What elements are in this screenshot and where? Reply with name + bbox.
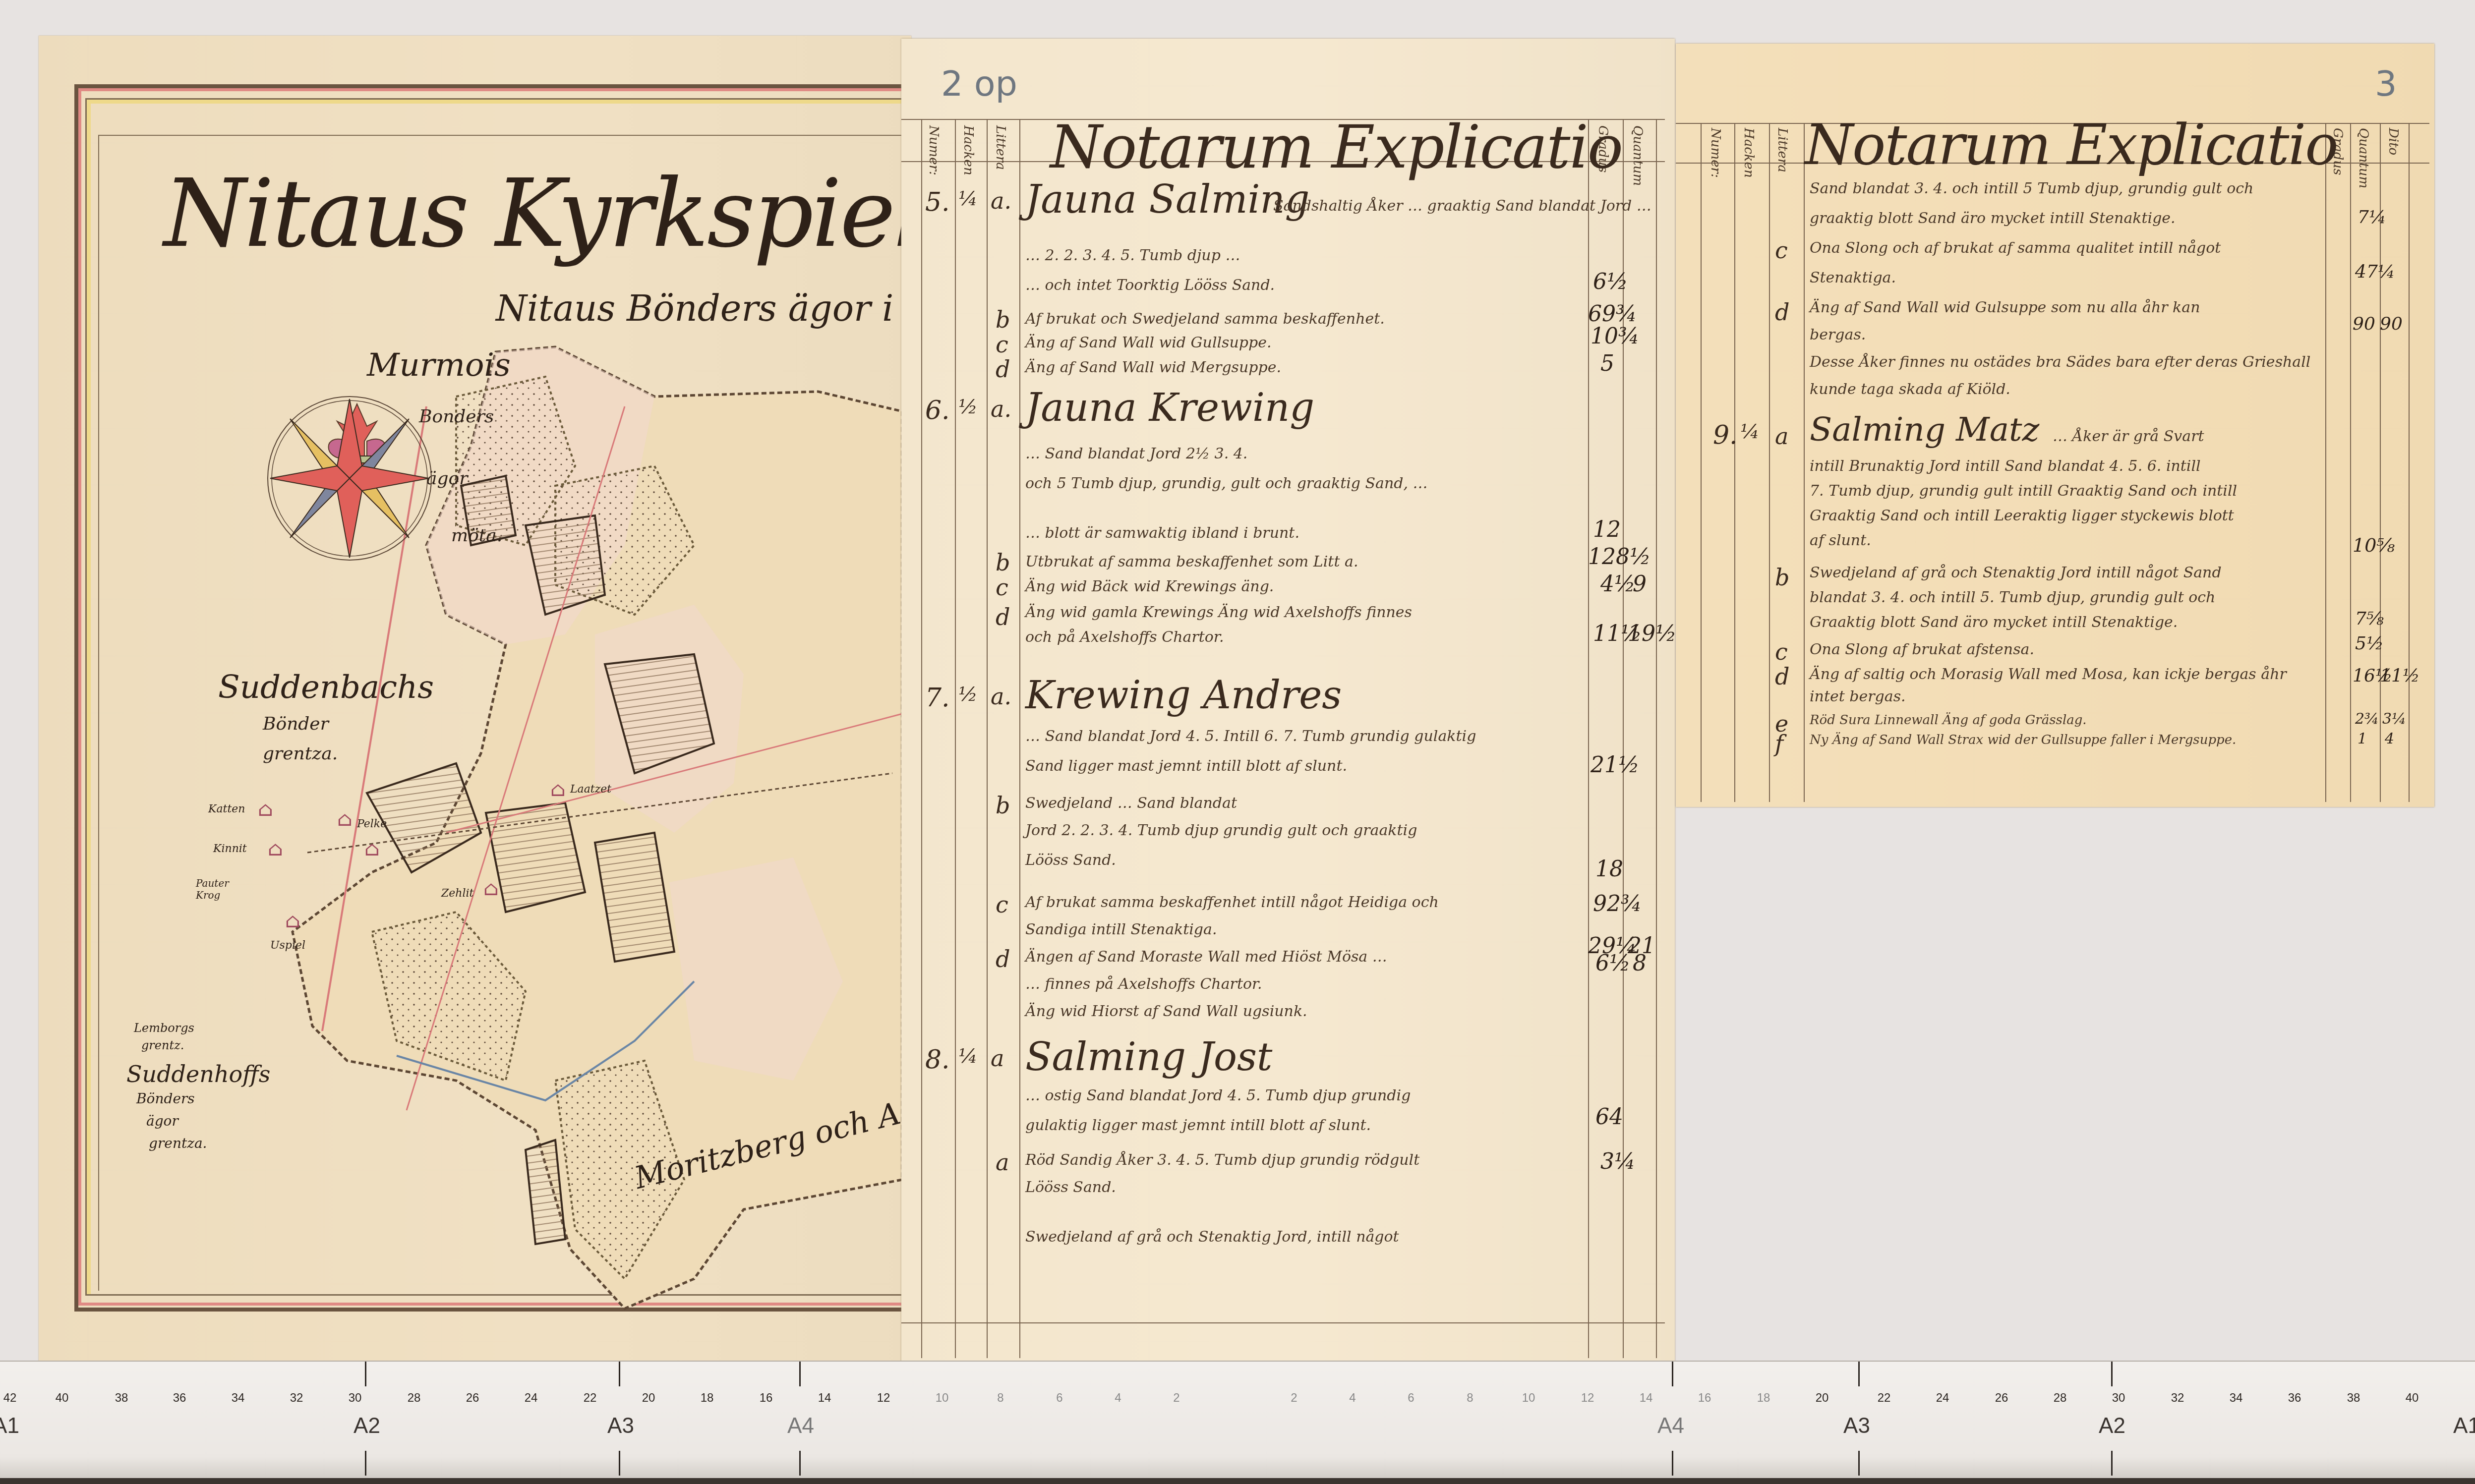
entry-text: Lööss Sand.	[1025, 1179, 1116, 1196]
amount-dito: 19½	[1628, 621, 1677, 646]
page-pencil-mark: 2 op	[941, 63, 1017, 104]
entry-letter: d	[1775, 663, 1789, 690]
entry-text: Swedjeland … Sand blandat	[1025, 795, 1237, 812]
ruler-number: 22	[1878, 1391, 1891, 1405]
column-rule	[955, 119, 956, 1358]
entry-text: 7. Tumb djup, grundig gult intill Graakt…	[1810, 482, 2237, 500]
compass-rose-icon	[265, 394, 434, 563]
amount-quantum: 3¼	[1600, 1149, 1636, 1174]
amount-quantum: 12	[1593, 517, 1621, 542]
ruler-tick	[1672, 1451, 1673, 1476]
ruler-tick	[365, 1451, 366, 1476]
entry-letter: c	[1775, 237, 1788, 264]
entry-text: … finnes på Axelshoffs Chartor.	[1025, 975, 1262, 993]
entry-text: Swedjeland af grå och Stenaktig Jord, in…	[1025, 1228, 1399, 1246]
ledger-title: Notarum Explicatio	[1050, 113, 1622, 182]
amount-dito: 90	[2380, 314, 2403, 334]
column-rule	[1656, 119, 1657, 1358]
amount-dito: 8	[1633, 951, 1647, 976]
entry-letter: d	[996, 356, 1010, 383]
entry-text: Utbrukat af samma beskaffenhet som Litt …	[1025, 553, 1358, 571]
ruler-number: 20	[1816, 1391, 1829, 1405]
map-subtitle: Nitaus Bönders ägor i	[496, 287, 893, 329]
ruler-size-mark: A2	[2099, 1414, 2125, 1438]
entry-text: Ny Äng af Sand Wall Strax wid der Gullsu…	[1810, 733, 2236, 747]
entry-text: Sandiga intill Stenaktiga.	[1025, 921, 1217, 938]
entry-letter: b	[996, 549, 1010, 576]
ruler-number: 40	[56, 1391, 69, 1405]
ruler-number: 18	[701, 1391, 714, 1405]
entry-text: Äng af Sand Wall wid Gulsuppe som nu all…	[1810, 299, 2200, 316]
entry-text: Äng wid Bäck wid Krewings äng.	[1025, 578, 1274, 595]
ledger-title: Notarum Explicatio	[1805, 113, 2338, 177]
map-label-uspiel: Uspiel	[270, 939, 305, 952]
ruler-number: 34	[2230, 1391, 2243, 1405]
farmhouse-icon: ⌂	[285, 910, 300, 932]
entry-text: Ona Slong och af brukat af samma qualite…	[1810, 239, 2221, 257]
ruler-number: 4	[1349, 1391, 1355, 1405]
column-rule	[1019, 119, 1020, 1358]
ruler-number: 30	[349, 1391, 362, 1405]
entry-text: Stenaktiga.	[1810, 269, 1896, 286]
col-header-numer: Numer:	[1708, 128, 1723, 178]
amount-quantum: 128½	[1588, 544, 1651, 570]
map-label-suddenbachs-bonder: Bönder	[263, 714, 329, 734]
map-label-suddenbachs: Suddenbachs	[218, 669, 434, 706]
amount-quantum: 2¾	[2355, 710, 2379, 728]
entry-text: … Åker är grå Svart	[2053, 428, 2204, 445]
amount-quantum: 6½	[1595, 951, 1631, 976]
entry-text: Sand ligger mast jemnt intill blott af s…	[1025, 757, 1347, 775]
map-label-pelke: Pelke	[357, 818, 387, 830]
ruler-number: 34	[232, 1391, 245, 1405]
entry-letter: b	[996, 792, 1010, 819]
entry-heading: Krewing Andres	[1025, 673, 1342, 718]
entry-text: Swedjeland af grå och Stenaktig Jord int…	[1810, 564, 2222, 581]
ruler-size-mark: A3	[1843, 1414, 1870, 1438]
farmhouse-icon: ⌂	[483, 877, 499, 900]
amount-quantum: 10¾	[1591, 324, 1640, 349]
ruler-number: 16	[760, 1391, 773, 1405]
amount-quantum: 5½	[2355, 633, 2384, 654]
entry-text: Ona Slong af brukat afstensa.	[1810, 641, 2034, 658]
column-rule	[1701, 123, 1702, 802]
ruler-number: 14	[818, 1391, 831, 1405]
entry-text: Äng af saltig och Morasig Wall med Mosa,…	[1810, 666, 2287, 683]
ruler-number: 10	[936, 1391, 949, 1405]
map-label-zehlit: Zehlit	[441, 887, 473, 900]
entry-number: 5.	[925, 187, 950, 217]
ruler-size-mark: A4	[787, 1414, 814, 1438]
ruler-number: 12	[1581, 1391, 1594, 1405]
ledger-page-2: 2 op Numer: Hacken Littera Gradus Quantu…	[901, 39, 1675, 1367]
map-label-suddenhoffs-agor: ägor	[146, 1113, 178, 1129]
ruler-number: 10	[1522, 1391, 1535, 1405]
column-rule	[2325, 123, 2326, 802]
entry-text: … Sand blandat Jord 4. 5. Intill 6. 7. T…	[1025, 728, 1476, 745]
entry-text: … och intet Toorktig Lööss Sand.	[1025, 277, 1275, 294]
ruler-number: 38	[115, 1391, 128, 1405]
entry-text: Jord 2. 2. 3. 4. Tumb djup grundig gult …	[1025, 822, 1417, 839]
measurement-ruler: 42 40 38 36 34 32 30 28 26 24 22 20 18 1…	[0, 1361, 2475, 1481]
entry-text: och 5 Tumb djup, grundig, gult och graak…	[1025, 475, 1428, 492]
entry-text: Sand blandat 3. 4. och intill 5 Tumb dju…	[1810, 180, 2253, 197]
entry-hacken: ½	[958, 683, 978, 706]
entry-text: blandat 3. 4. och intill 5. Tumb djup, g…	[1810, 589, 2215, 606]
ruler-size-mark: A3	[607, 1414, 634, 1438]
ruler-tick	[799, 1362, 801, 1386]
ruler-number: 14	[1640, 1391, 1653, 1405]
ruler-tick	[2111, 1362, 2113, 1386]
ruler-number: 40	[2406, 1391, 2419, 1405]
entry-text: af slunt.	[1810, 532, 1871, 549]
ruler-number: 20	[642, 1391, 655, 1405]
ruler-number: 36	[2288, 1391, 2301, 1405]
amount-quantum: 7⅝	[2355, 609, 2384, 629]
entry-letter: a	[1775, 423, 1788, 450]
entry-letter: b	[1775, 564, 1789, 591]
page-pencil-mark: 3	[2375, 63, 2397, 104]
ruler-number: 24	[525, 1391, 538, 1405]
entry-text: Lööss Sand.	[1025, 852, 1116, 869]
column-rule	[2409, 123, 2410, 802]
amount-quantum: 6½	[1593, 269, 1628, 294]
col-header-littera: Littera	[993, 125, 1008, 170]
amount-quantum: 10⅝	[2353, 534, 2395, 556]
ruler-size-mark: A4	[1657, 1414, 1684, 1438]
ledger-page-3: 3 Numer: Hacken Littera Gradus Quantum D…	[1676, 44, 2434, 807]
ruler-number: 42	[3, 1391, 17, 1405]
ruler-number: 28	[408, 1391, 421, 1405]
entry-letter: a.	[991, 396, 1011, 422]
entry-letter: f	[1775, 730, 1783, 757]
ruler-number: 8	[1467, 1391, 1473, 1405]
column-rule	[1769, 123, 1770, 802]
map-label-laatzet: Laatzet	[570, 783, 611, 796]
col-header-quantum: Quantum	[2356, 128, 2371, 188]
entry-letter: c	[996, 891, 1008, 918]
ruler-number: 32	[2171, 1391, 2184, 1405]
farmhouse-icon: ⌂	[550, 778, 566, 801]
column-rule	[2350, 123, 2351, 802]
entry-heading: Salming Jost	[1025, 1035, 1272, 1080]
col-header-numer: Numer:	[926, 125, 941, 175]
entry-number: 6.	[925, 396, 950, 425]
amount-quantum: 47¼	[2355, 262, 2395, 282]
ruler-number: 26	[1995, 1391, 2008, 1405]
entry-text: Ängen af Sand Moraste Wall med Hiöst Mös…	[1025, 948, 1387, 966]
entry-letter: a.	[991, 683, 1011, 710]
entry-heading: Jauna Krewing	[1025, 386, 1314, 430]
col-header-quantum: Quantum	[1630, 125, 1645, 186]
entry-number: 9.	[1713, 420, 1738, 450]
entry-text: bergas.	[1810, 326, 1866, 343]
col-header-littera: Littera	[1775, 128, 1790, 172]
amount-quantum: 1	[2357, 730, 2367, 747]
ruler-size-mark: A1	[0, 1414, 19, 1438]
entry-letter: a.	[991, 187, 1011, 214]
entry-text: … ostig Sand blandat Jord 4. 5. Tumb dju…	[1025, 1087, 1411, 1104]
entry-text: intill Brunaktig Jord intill Sand blanda…	[1810, 457, 2201, 475]
entry-text: Äng af Sand Wall wid Mergsuppe.	[1025, 359, 1281, 376]
amount-dito: 4	[2385, 730, 2394, 747]
entry-text: graaktig blott Sand äro mycket intill St…	[1810, 210, 2176, 227]
entry-text: Af brukat samma beskaffenhet intill någo…	[1025, 894, 1439, 911]
entry-text: Graaktig blott Sand äro mycket intill St…	[1810, 614, 2178, 631]
entry-text: Äng af Sand Wall wid Gullsuppe.	[1025, 334, 1272, 351]
entry-letter: b	[996, 306, 1010, 333]
ruler-number: 2	[1291, 1391, 1297, 1405]
entry-hacken: ¼	[958, 187, 978, 210]
entry-text: gulaktig ligger mast jemnt intill blott …	[1025, 1117, 1371, 1134]
ruler-tick	[2111, 1451, 2113, 1476]
ruler-number: 18	[1757, 1391, 1770, 1405]
entry-letter: c	[996, 574, 1008, 601]
map-label-murmois-mota: möta.	[451, 525, 502, 546]
entry-letter: a	[996, 1149, 1009, 1176]
map-label-pauter-krog: Pauter Krog	[196, 877, 236, 901]
farmhouse-icon: ⌂	[258, 798, 273, 821]
map-label-suddenhoffs: Suddenhoffs	[126, 1061, 270, 1087]
entry-text: intet bergas.	[1810, 688, 1906, 705]
amount-quantum: 5	[1600, 351, 1614, 376]
amount-quantum: 21½	[1591, 752, 1640, 778]
entry-letter: c	[996, 331, 1008, 358]
column-rule	[987, 119, 988, 1358]
amount-quantum: 4½	[1600, 571, 1636, 597]
entry-letter: d	[996, 946, 1010, 972]
footer-rule	[901, 1322, 1665, 1323]
entry-text: … blott är samwaktig ibland i brunt.	[1025, 524, 1299, 542]
amount-dito: 11½	[2380, 666, 2420, 686]
ruler-number: 12	[877, 1391, 890, 1405]
ruler-tick	[619, 1362, 620, 1386]
ruler-number: 6	[1408, 1391, 1414, 1405]
farmhouse-icon: ⌂	[337, 808, 353, 831]
ruler-number: 16	[1698, 1391, 1711, 1405]
ruler-size-mark: A1	[2453, 1414, 2475, 1438]
entry-heading: Salming Matz	[1810, 410, 2039, 449]
col-header-hacken: Hacken	[961, 125, 976, 175]
column-rule	[1804, 123, 1805, 802]
amount-dito: 9	[1633, 571, 1647, 597]
map-label-murmois: Murmois	[367, 347, 511, 384]
entry-text: Desse Åker finnes nu ostädes bra Sädes b…	[1810, 353, 2310, 371]
map-label-lemborgs-grentz: grentz.	[141, 1038, 184, 1052]
ruler-tick	[1858, 1451, 1860, 1476]
ruler-number: 22	[584, 1391, 597, 1405]
ruler-number: 38	[2347, 1391, 2360, 1405]
amount-quantum: 64	[1595, 1104, 1623, 1130]
ruler-tick	[619, 1451, 620, 1476]
farmhouse-icon: ⌂	[268, 838, 283, 860]
entry-text: och på Axelshoffs Chartor.	[1025, 628, 1224, 646]
amount-quantum: 90	[2353, 314, 2375, 334]
map-label-lemborgs: Lemborgs	[134, 1021, 194, 1035]
entry-hacken: ¼	[958, 1045, 978, 1068]
entry-hacken: ¼	[1740, 420, 1760, 443]
entry-letter: d	[1775, 299, 1789, 326]
amount-dito: 3¼	[2382, 710, 2406, 728]
ruler-tick	[1858, 1362, 1860, 1386]
entry-number: 8.	[925, 1045, 950, 1075]
entry-text: Röd Sandig Åker 3. 4. 5. Tumb djup grund…	[1025, 1151, 1419, 1169]
ruler-tick	[1672, 1362, 1673, 1386]
ruler-tick	[365, 1362, 366, 1386]
col-header-dito: Dito	[2386, 128, 2401, 155]
entry-text: Röd Sura Linnewall Äng af goda Grässlag.	[1810, 713, 2087, 728]
farmhouse-icon: ⌂	[364, 838, 380, 860]
entry-text: Graaktig Sand och intill Leeraktig ligge…	[1810, 507, 2234, 524]
entry-text: kunde taga skada af Kiöld.	[1810, 381, 2010, 398]
entry-number: 7.	[925, 683, 950, 713]
ruler-size-mark: A2	[354, 1414, 380, 1438]
amount-quantum: 7¼	[2357, 207, 2386, 228]
ruler-number: 6	[1056, 1391, 1062, 1405]
ruler-number: 28	[2054, 1391, 2067, 1405]
entry-text: Äng wid Hiorst af Sand Wall ugsiunk.	[1025, 1003, 1307, 1020]
entry-text: … Sand blandat Jord 2½ 3. 4.	[1025, 445, 1247, 462]
amount-quantum: 69¾	[1588, 301, 1637, 327]
entry-text: Af brukat och Swedjeland samma beskaffen…	[1025, 310, 1385, 328]
column-rule	[921, 119, 922, 1358]
ruler-number: 2	[1173, 1391, 1179, 1405]
map-label-kinnit: Kinnit	[213, 843, 247, 855]
amount-quantum: 18	[1595, 856, 1623, 882]
amount-quantum: 92¾	[1593, 891, 1642, 916]
entry-text: Äng wid gamla Krewings Äng wid Axelshoff…	[1025, 604, 1412, 621]
entry-text: … 2. 2. 3. 4. 5. Tumb djup …	[1025, 247, 1240, 264]
ruler-edge	[0, 1478, 2475, 1484]
ruler-number: 36	[173, 1391, 186, 1405]
map-label-suddenbachs-grentza: grentza.	[263, 743, 338, 764]
ruler-number: 30	[2112, 1391, 2125, 1405]
column-rule	[1734, 123, 1735, 802]
entry-hacken: ½	[958, 396, 978, 418]
ruler-number: 4	[1115, 1391, 1121, 1405]
entry-text: Sandshaltig Åker … graaktig Sand blandat…	[1273, 197, 1651, 215]
col-header-hacken: Hacken	[1741, 128, 1756, 178]
ruler-number: 32	[290, 1391, 303, 1405]
entry-letter: d	[996, 604, 1010, 630]
entry-heading: Jauna Salming	[1025, 177, 1310, 222]
ruler-number: 24	[1936, 1391, 1949, 1405]
ruler-tick	[799, 1451, 801, 1476]
ruler-number: 26	[466, 1391, 479, 1405]
map-label-katten: Katten	[208, 803, 245, 815]
entry-letter: c	[1775, 638, 1788, 665]
entry-letter: a	[991, 1045, 1004, 1072]
map-label-suddenhoffs-grentza: grentza.	[149, 1135, 207, 1151]
ruler-number: 8	[997, 1391, 1003, 1405]
map-label-suddenhoffs-bonders: Bönders	[136, 1090, 195, 1107]
